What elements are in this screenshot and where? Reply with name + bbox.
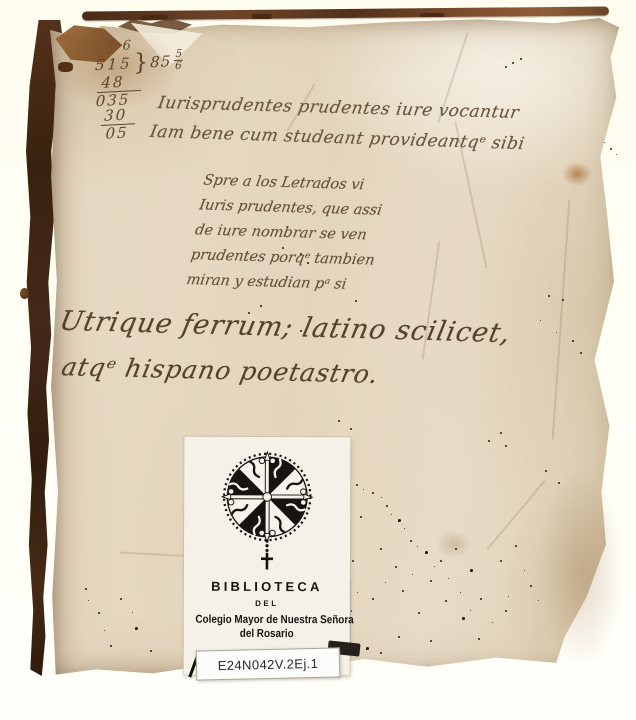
torn-leather-flap [58, 62, 73, 72]
library-bookplate: BIBLIOTECA DEL Colegio Mayor de Nuestra … [184, 437, 351, 676]
handwritten-spanish-note: Spre a los Letrados vi Iuris prudentes, … [184, 169, 389, 299]
spine-knob [20, 288, 29, 299]
fraction-denominator: 6 [174, 61, 183, 73]
bookplate-institution-line-1: Colegio Mayor de Nuestra Señora [195, 614, 338, 626]
catalog-code: E24N042V.2Ej.1 [218, 655, 319, 672]
bookplate-del: DEL [184, 599, 350, 609]
division-quotient: 85 [150, 52, 172, 71]
rosary-cross-icon [261, 539, 273, 569]
division-brace: } [133, 53, 148, 72]
ink-speckles [0, 0, 3, 3]
binding-fragment [252, 14, 272, 19]
division-dividend: 515 [95, 54, 133, 74]
bookplate-institution-line-2: del Rosario [195, 628, 338, 640]
binding-fragment [420, 13, 444, 17]
bookplate-title: BIBLIOTECA [184, 579, 350, 595]
catalog-sticker: E24N042V.2Ej.1 [196, 647, 341, 680]
manuscript-photo: 6 515 } 85 5 6 48 035 30 05 Iurisprudent… [0, 0, 636, 720]
division-fraction: 5 6 [174, 49, 183, 73]
dominican-cross-icon [220, 450, 314, 572]
binding-fragment [140, 15, 168, 21]
